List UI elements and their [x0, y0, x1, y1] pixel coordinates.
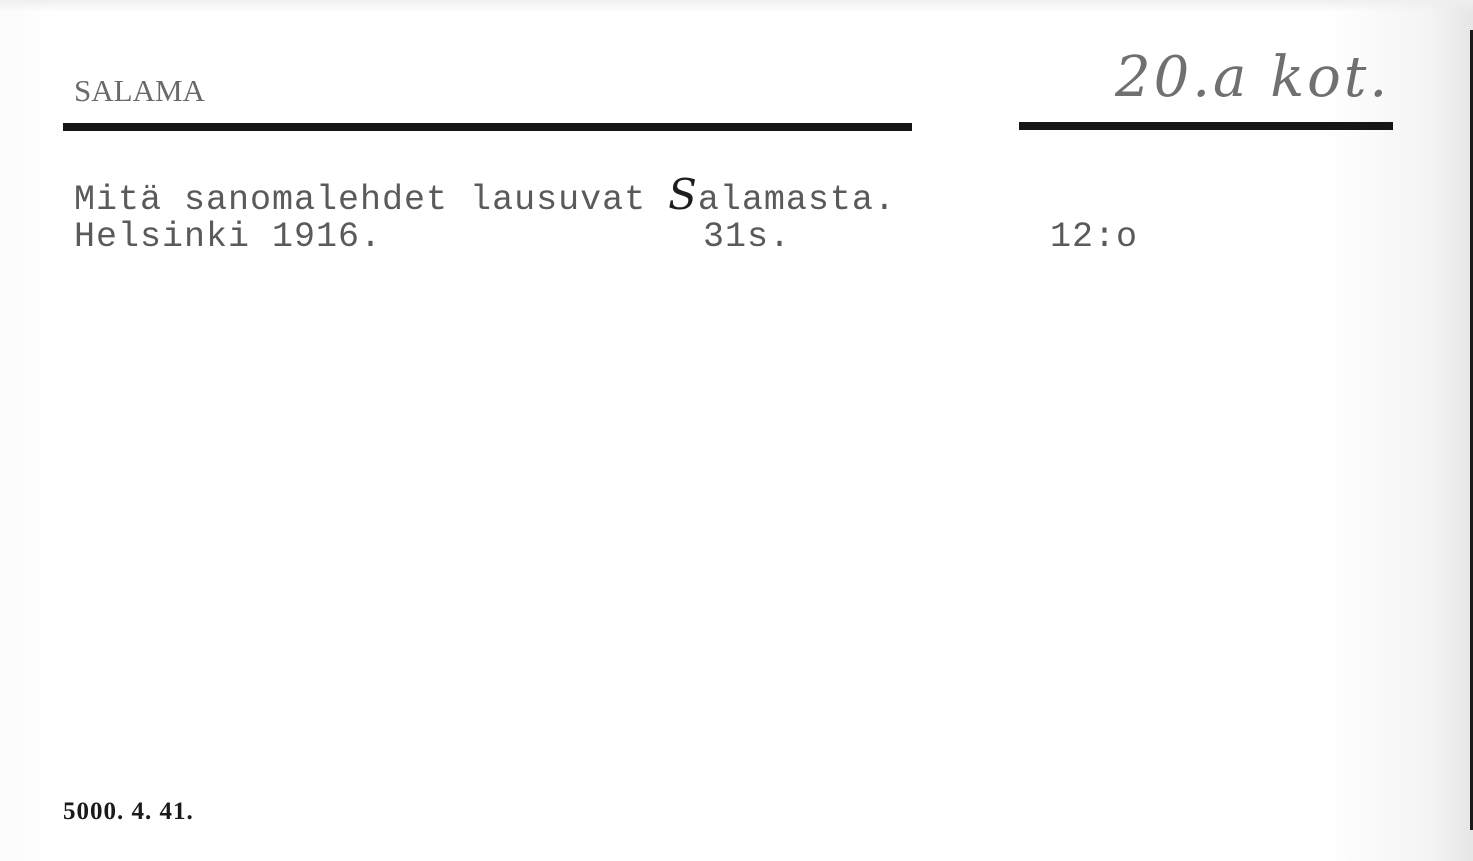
shelf-mark-handwritten: 20.a kot.: [1115, 45, 1390, 110]
catalog-card: SALAMA 20.a kot. Mitä sanomalehdet lausu…: [0, 0, 1473, 861]
subject-heading: SALAMA: [74, 73, 205, 109]
print-code: 5000. 4. 41.: [63, 798, 194, 826]
book-format: 12:o: [1050, 217, 1138, 257]
heading-underline: [63, 123, 912, 131]
imprint: Helsinki 1916.: [74, 217, 382, 257]
title-prefix: Mitä sanomalehdet lausuvat: [74, 180, 668, 220]
page-count: 31s.: [703, 217, 791, 257]
title-suffix: alamasta.: [698, 180, 896, 220]
title-initial-handwritten: S: [668, 170, 698, 219]
shelf-mark-underline: [1019, 122, 1393, 130]
title-line: Mitä sanomalehdet lausuvat Salamasta.: [74, 170, 896, 220]
